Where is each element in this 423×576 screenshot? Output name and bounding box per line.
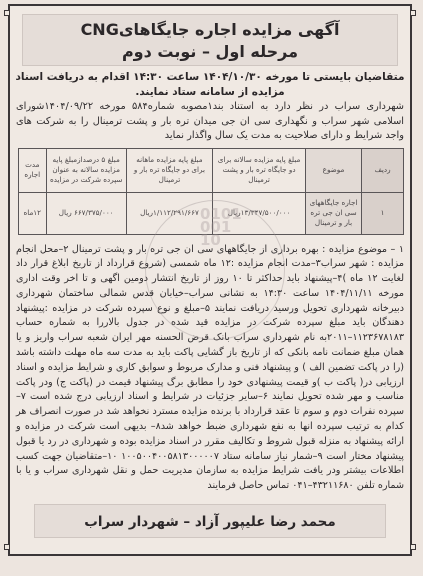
header-annual-base: مبلغ پایه مزایده سالانه برای دو جایگاه ت… bbox=[213, 148, 306, 192]
header-deposit: مبلغ ۵ درصدازمبلغ پایه مزایده سالانه به … bbox=[46, 148, 126, 192]
intro-paragraph: شهرداری سراب در نظر دارد به استناد بند۱م… bbox=[16, 100, 404, 144]
header-row-number: ردیف bbox=[362, 148, 404, 192]
notice-subtitle: مرحله اول – نوبت دوم bbox=[23, 41, 397, 63]
table-row: ۱ اجاره جایگاههای سی ان جی تره بار و ترم… bbox=[19, 192, 404, 234]
frame-corner-ornament bbox=[410, 10, 416, 16]
terms-body: ۱ – موضوع مزایده : بهره برداری از جایگاه… bbox=[16, 243, 404, 495]
auction-table: ردیف موضوع مبلغ پایه مزایده سالانه برای … bbox=[18, 148, 404, 235]
header-duration: مدت اجاره bbox=[19, 148, 47, 192]
cell-duration: ۱۲ماه bbox=[19, 192, 47, 234]
cell-monthly-base: ۱/۱۱۲/۲۹۱/۶۶۷ریال bbox=[126, 192, 212, 234]
header-monthly-base: مبلغ پایه مزایده ماهانه برای دو جایگاه ت… bbox=[126, 148, 212, 192]
cell-deposit: ۶۶۷/۳۷۵/۰۰۰ ریال bbox=[46, 192, 126, 234]
frame-corner-ornament bbox=[4, 10, 10, 16]
frame-corner-ornament bbox=[410, 544, 416, 550]
table-header-row: ردیف موضوع مبلغ پایه مزایده سالانه برای … bbox=[19, 148, 404, 192]
signature-box: محمد رضا علیپور آزاد – شهردار سراب bbox=[34, 504, 386, 538]
title-box: آگهی مزایده اجاره جایگاهایCNG مرحله اول … bbox=[22, 14, 398, 66]
cell-row-number: ۱ bbox=[362, 192, 404, 234]
header-subject: موضوع bbox=[306, 148, 362, 192]
frame-corner-ornament bbox=[4, 544, 10, 550]
cell-annual-base: ۱۳/۳۴۷/۵۰۰/۰۰۰ریال bbox=[213, 192, 306, 234]
cell-subject: اجاره جایگاههای سی ان جی تره بار و ترمین… bbox=[306, 192, 362, 234]
signature-text: محمد رضا علیپور آزاد – شهردار سراب bbox=[84, 514, 336, 530]
notice-frame: آگهی مزایده اجاره جایگاهایCNG مرحله اول … bbox=[8, 4, 412, 556]
intro-deadline: متقاضیان بایستی تا مورخه ۱۴۰۴/۱۰/۳۰ ساعت… bbox=[14, 70, 406, 100]
notice-title: آگهی مزایده اجاره جایگاهایCNG bbox=[23, 19, 397, 41]
